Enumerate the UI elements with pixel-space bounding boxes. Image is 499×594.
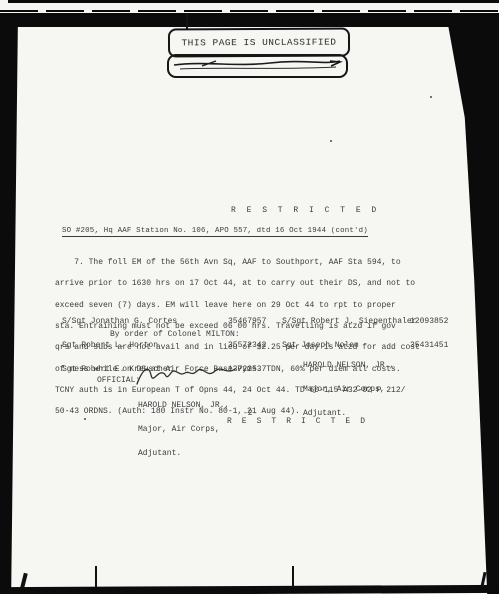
scan-speck	[330, 140, 332, 142]
official-signature-block: HAROLD NELSON, JR., Major, Air Corps, Ad…	[138, 386, 229, 474]
scan-mark-line-2	[292, 566, 294, 587]
roster-name: Sgt Robert L. Horton	[62, 342, 228, 350]
scan-mark-line-1	[95, 566, 97, 587]
by-order-line: By order of Colonel MILTON:	[110, 330, 240, 339]
paragraph-line: arrive prior to 1630 hrs on 17 Oct 44, a…	[55, 280, 420, 287]
roster-serial: 35467957	[228, 318, 280, 326]
roster-row: Sgt Robert E. Kreuscher 13722537	[62, 366, 470, 374]
roster-serial: 35572342	[228, 342, 280, 350]
classification-stamp-text: THIS PAGE IS UNCLASSIFIED	[181, 37, 336, 49]
scan-speck	[430, 96, 432, 98]
scan-mark-slash-left	[20, 573, 28, 589]
signature-title: Major, Air Corps,	[138, 426, 229, 434]
scanned-document-page: THIS PAGE IS UNCLASSIFIED R E S T R I C …	[0, 0, 499, 594]
restricted-header: R E S T R I C T E D	[231, 206, 379, 215]
redaction-scribble-box	[166, 52, 350, 80]
roster-name: S/Sgt Robert J. Siegenthaler	[282, 318, 410, 326]
signature-title: Major, Air Corps,	[303, 386, 394, 394]
order-heading: SO #205, Hq AAF Station No. 106, APO 557…	[62, 227, 368, 237]
roster-row: Sgt Robert L. Horton 35572342 Sgt Joseph…	[62, 342, 470, 350]
signature-role: Adjutant.	[138, 450, 229, 458]
roster-serial: 12093852	[410, 318, 470, 326]
paragraph-line: 7. The foll EM of the 56th Avn Sq, AAF t…	[55, 259, 420, 266]
signature-name: HAROLD NELSON, JR.,	[138, 402, 229, 410]
scan-edge-top-dashes	[0, 10, 499, 12]
restricted-footer: R E S T R I C T E D	[227, 417, 368, 426]
scan-edge-bottom	[6, 585, 499, 594]
scan-edge-top-band	[0, 13, 499, 27]
roster-name: S/Sgt Jonathan G. Cortes	[62, 318, 228, 326]
roster-serial: 35431451	[410, 342, 470, 350]
handwritten-signature-icon	[133, 362, 243, 388]
scan-edge-left	[0, 13, 18, 594]
signature-name: HAROLD NELSON, JR.,	[303, 362, 394, 370]
roster-row: S/Sgt Jonathan G. Cortes 35467957 S/Sgt …	[62, 318, 470, 326]
scan-edge-top-line	[8, 0, 499, 3]
